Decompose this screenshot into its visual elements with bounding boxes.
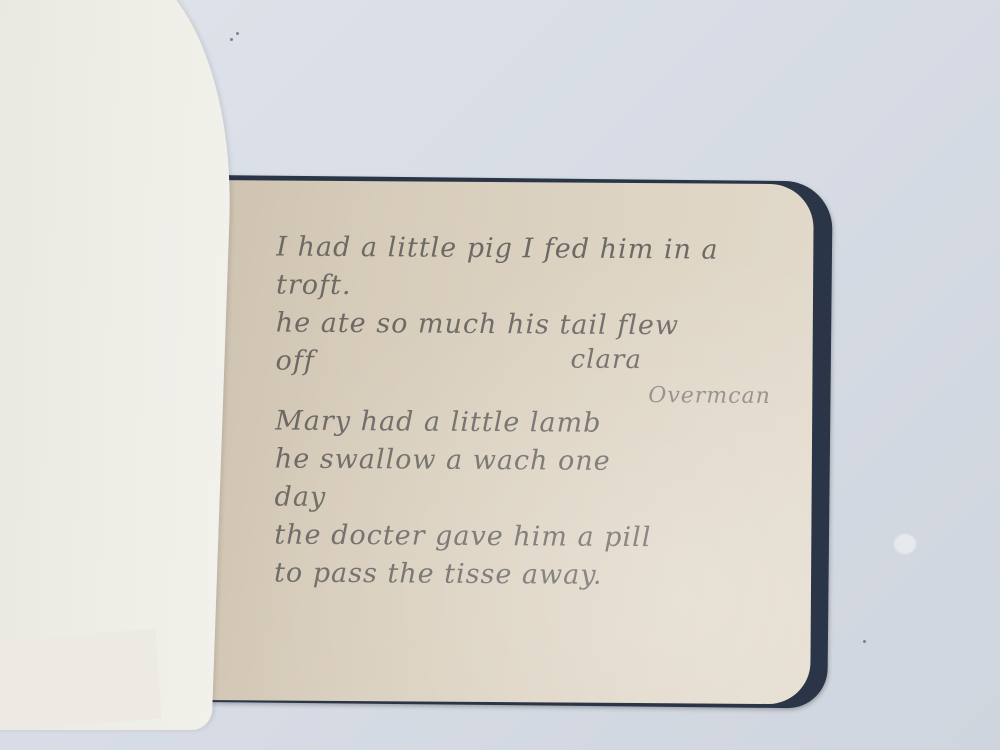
verse1-line1: I had a little pig I fed him in a (276, 229, 796, 271)
verse1-line3: he ate so much his tail flew (276, 305, 796, 347)
left-page-bottom (0, 629, 162, 730)
signature-last-name: Overmcan (648, 383, 771, 409)
dust-speck (863, 640, 866, 643)
verse2-line5: to pass the tisse away. (274, 555, 794, 597)
left-page-curled (0, 0, 238, 730)
verse2-line3: day (274, 479, 794, 521)
verse2-line4: the docter gave him a pill (274, 517, 794, 559)
verse2-line2: he swallow a wach one (275, 441, 795, 483)
water-spot (893, 533, 917, 555)
verse1-line2: troft. (276, 267, 796, 309)
signature-first-name: clara (570, 345, 642, 375)
verse1-line4: off (275, 343, 795, 385)
handwritten-text: I had a little pig I fed him in a troft.… (274, 229, 797, 597)
dust-speck (230, 38, 233, 41)
dust-speck (236, 32, 239, 35)
verse2-line1: Mary had a little lamb (275, 403, 795, 445)
right-page: I had a little pig I fed him in a troft.… (158, 180, 814, 705)
photo-scene: I had a little pig I fed him in a troft.… (0, 0, 1000, 750)
